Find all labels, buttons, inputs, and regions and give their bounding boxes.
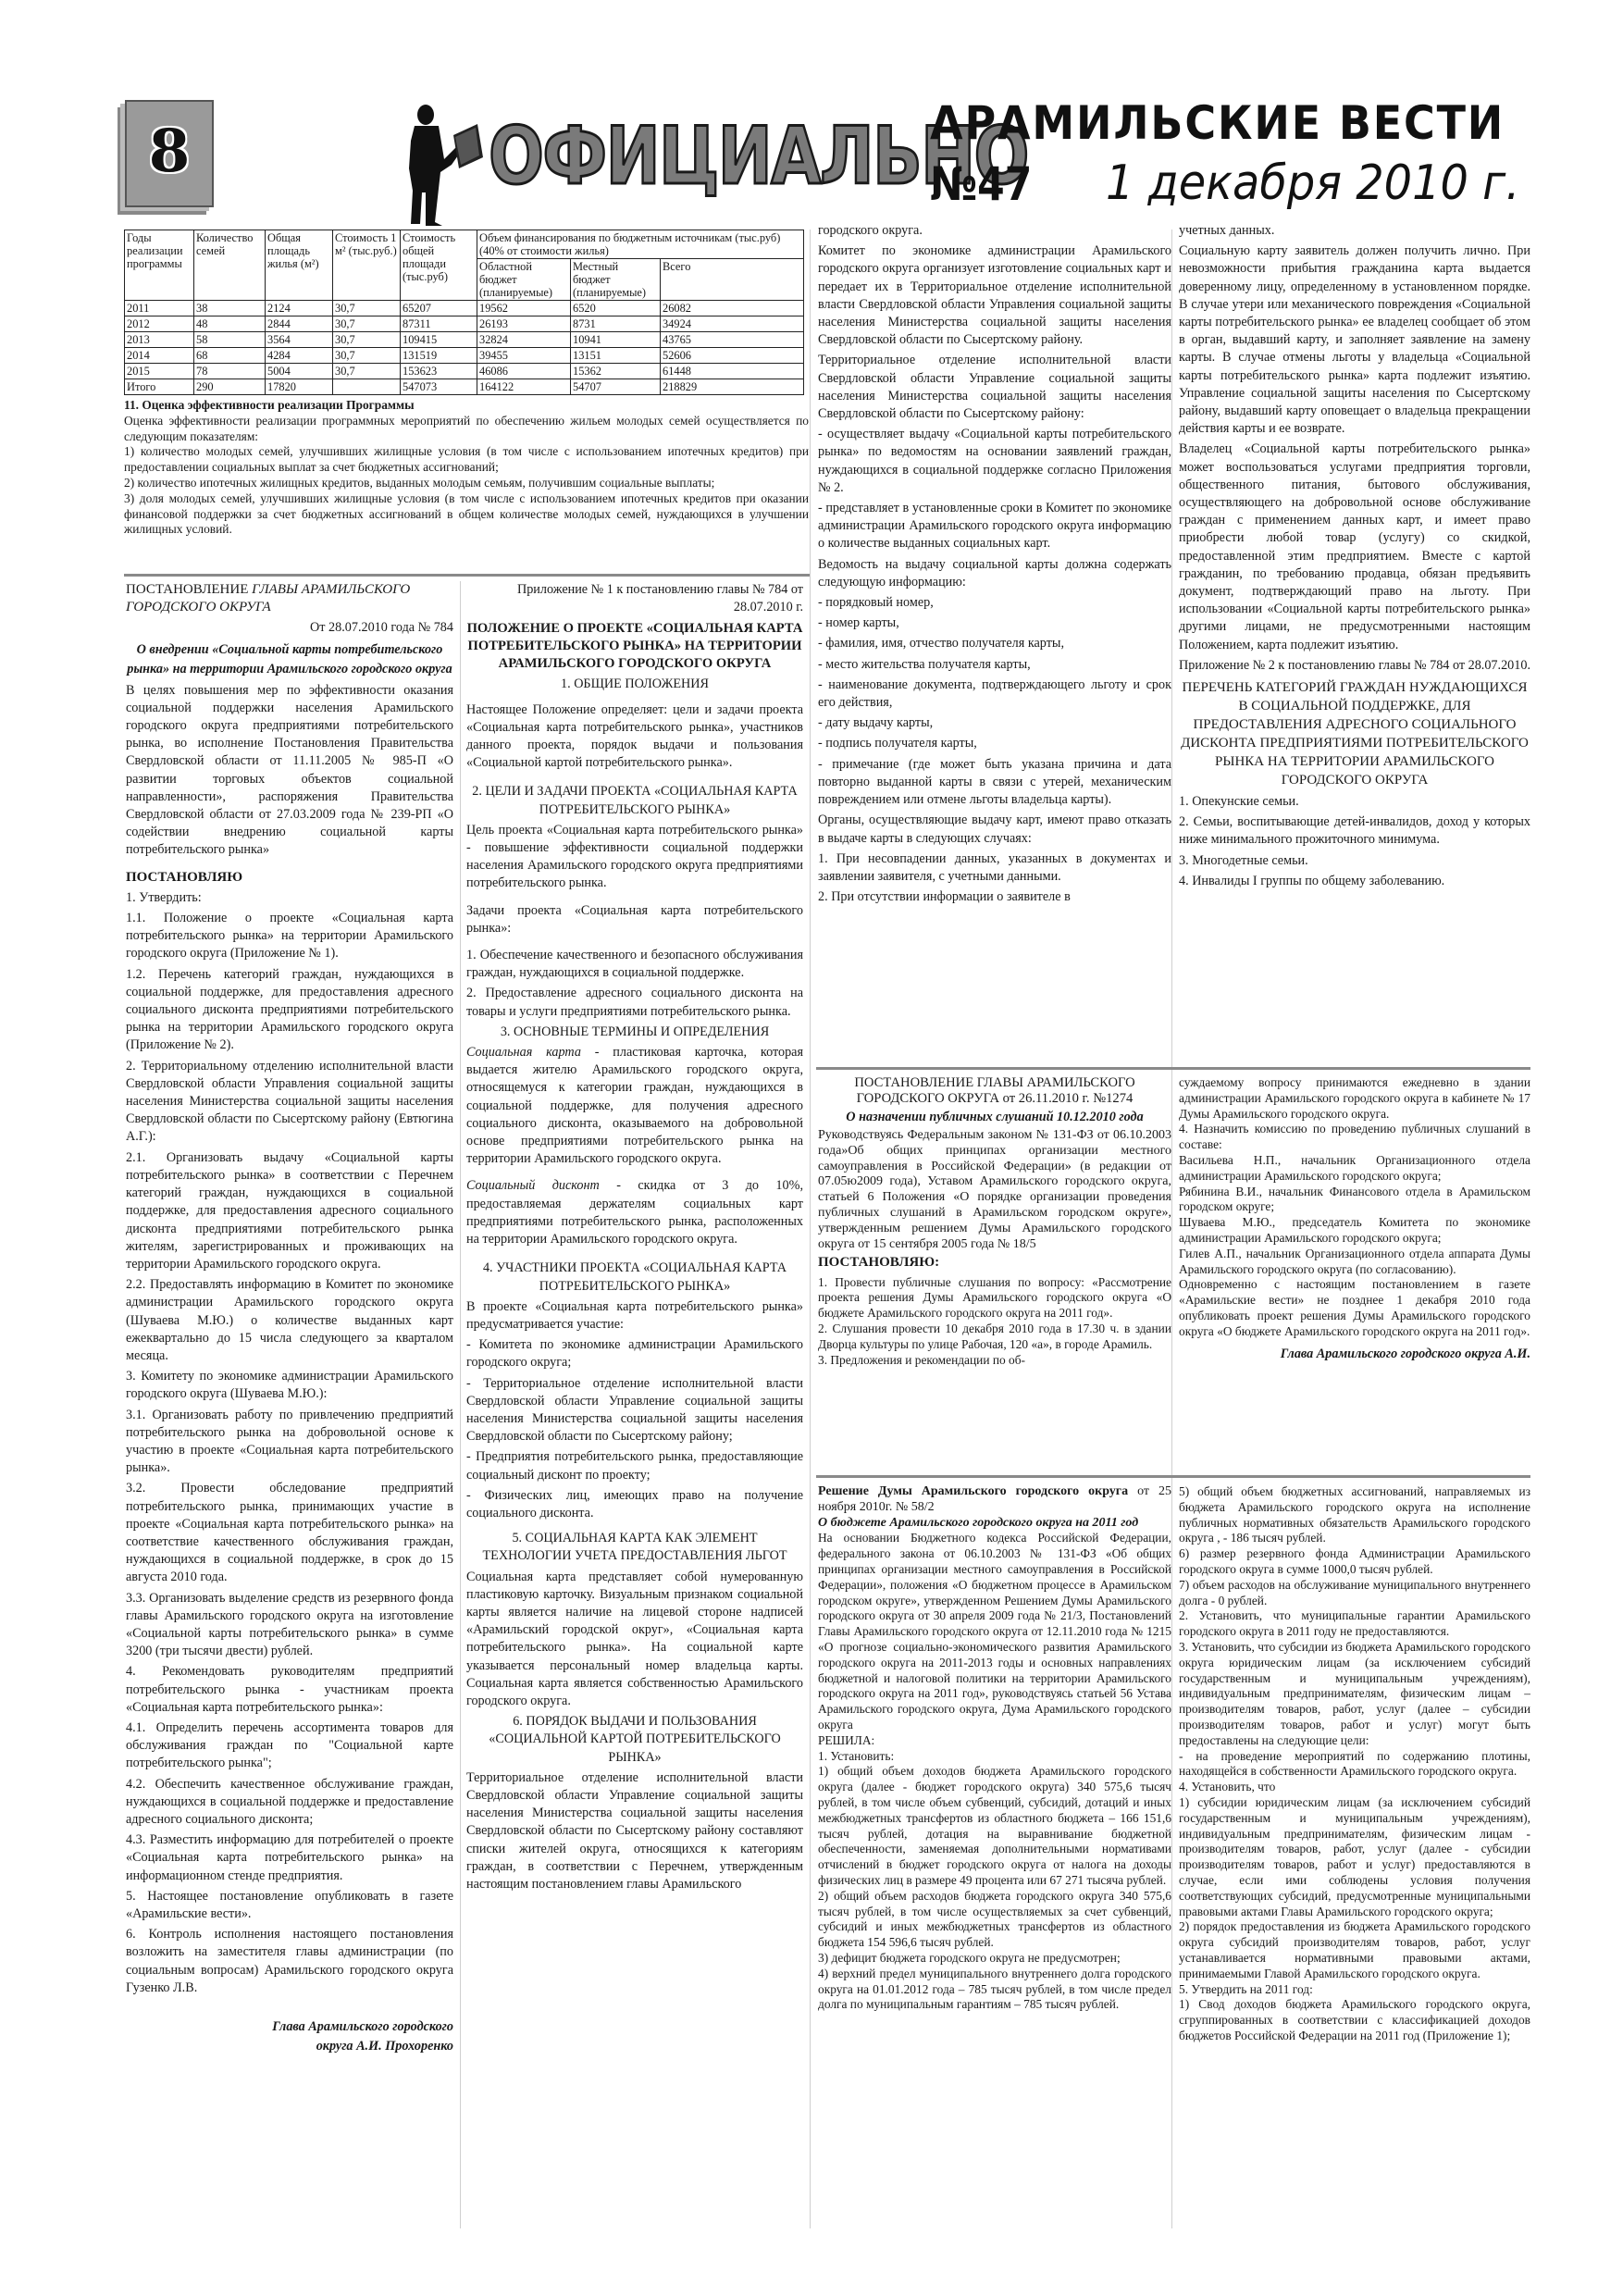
appendix-1-note: Приложение № 1 к постановлению главы № 7… <box>466 581 803 616</box>
th-years: Годы реализации программы <box>125 230 194 301</box>
appendix-paragraph: - место жительства получателя карты, <box>818 656 1171 674</box>
appendix-paragraph: - фамилия, имя, отчество получателя карт… <box>818 635 1171 652</box>
appendix-paragraph: городского округа. <box>818 222 1171 240</box>
category-item: 1. Опекунские семьи. <box>1179 793 1530 811</box>
table-cell: 30,7 <box>333 332 401 348</box>
budget-paragraph: 4) верхний предел муниципального внутрен… <box>818 1967 1171 2013</box>
table-cell: 26193 <box>477 316 571 332</box>
section-5-title: 5. СОЦИАЛЬНАЯ КАРТА КАК ЭЛЕМЕНТ ТЕХНОЛОГ… <box>466 1530 803 1565</box>
decree-paragraph: 5. Настоящее постановление опубликовать … <box>126 1888 453 1923</box>
appendix-paragraph: - осуществляет выдачу «Социальной карты … <box>818 426 1171 497</box>
term-social-discount: Социальный дисконт - скидка от 3 до 10%,… <box>466 1177 803 1248</box>
appendix-1-column: Приложение № 1 к постановлению главы № 7… <box>466 581 803 1896</box>
term-definition: - пластиковая карточка, которая выдается… <box>466 1045 803 1166</box>
appendix-paragraph: - дату выдачу карты, <box>818 714 1171 732</box>
page-number-box: 8 <box>125 100 214 207</box>
table-cell: 8731 <box>571 316 661 332</box>
appendix-paragraph: Территориальное отделение исполнительной… <box>818 352 1171 423</box>
budget-paragraphs-right: 5) общий объем бюджетных ассигнований, н… <box>1179 1484 1530 2044</box>
budget-paragraph: 6) размер резервного фонда Администрации… <box>1179 1546 1530 1578</box>
appendix-paragraph: Комитет по экономике администрации Арами… <box>818 242 1171 349</box>
table-cell: 68 <box>194 348 266 364</box>
decree-1274-items-right: суждаемому вопросу принимаются ежедневно… <box>1179 1075 1530 1340</box>
table-cell: 6520 <box>571 301 661 316</box>
decree-1274-heading: ПОСТАНОВЛЕНИЕ ГЛАВЫ АРАМИЛЬСКОГО ГОРОДСК… <box>818 1075 1171 1107</box>
section-2-goal: Цель проекта «Социальная карта потребите… <box>466 822 803 893</box>
divider <box>124 574 811 577</box>
appendix-paragraph: - представляет в установленные сроки в К… <box>818 500 1171 553</box>
section-2-title: 2. ЦЕЛИ И ЗАДАЧИ ПРОЕКТА «СОЦИАЛЬНАЯ КАР… <box>466 783 803 818</box>
decree-paragraph: 4.3. Разместить информацию для потребите… <box>126 1831 453 1885</box>
th-cost-total: Стоимость общей площади (тыс.руб) <box>401 230 477 301</box>
term-label: Социальный дисконт <box>466 1178 600 1193</box>
table-row: 201578500430,7153623460861536261448 <box>125 364 804 379</box>
section-4-intro: В проекте «Социальная карта потребительс… <box>466 1298 803 1334</box>
appendix-1-continued-left: городского округа.Комитет по экономике а… <box>818 222 1171 909</box>
budget-paragraph: 5) общий объем бюджетных ассигнований, н… <box>1179 1484 1530 1546</box>
decree-paragraph: 6. Контроль исполнения настоящего постан… <box>126 1926 453 1997</box>
decree-1274-item: Рябинина В.И., начальник Финансового отд… <box>1179 1185 1530 1216</box>
table-cell: 54707 <box>571 379 661 395</box>
section-6-text: Территориальное отделение исполнительной… <box>466 1769 803 1893</box>
col3-paragraphs: городского округа.Комитет по экономике а… <box>818 222 1171 906</box>
section-4-item: - Физических лиц, имеющих право на получ… <box>466 1487 803 1522</box>
table-cell: 26082 <box>661 301 804 316</box>
decree-1274-item: суждаемому вопросу принимаются ежедневно… <box>1179 1075 1530 1122</box>
table-cell <box>333 379 401 395</box>
decree-784-paragraphs: 1. Утвердить:1.1. Положение о проекте «С… <box>126 889 453 1997</box>
budget-paragraph: 5. Утвердить на 2011 год: <box>1179 1982 1530 1998</box>
appendix-paragraph: - подпись получателя карты, <box>818 735 1171 752</box>
table-cell: 58 <box>194 332 266 348</box>
budget-paragraph: 2) общий объем расходов бюджета городско… <box>818 1889 1171 1951</box>
signature-line: Глава Арамильского городского <box>126 2017 453 2037</box>
th-financing: Объем финансирования по бюджетным источн… <box>477 230 804 259</box>
budget-paragraph: - на проведение мероприятий по содержани… <box>1179 1749 1530 1781</box>
appendix-paragraph: 1. При несовпадении данных, указанных в … <box>818 850 1171 886</box>
appendix-2-title: ПЕРЕЧЕНЬ КАТЕГОРИЙ ГРАЖДАН НУЖДАЮЩИХСЯ В… <box>1179 678 1530 789</box>
signature-line: округа А.И. Прохоренко <box>126 2037 453 2056</box>
decree-paragraph: 1.2. Перечень категорий граждан, нуждающ… <box>126 966 453 1055</box>
decree-1274-subject: О назначении публичных слушаний 10.12.20… <box>818 1110 1171 1125</box>
decree-paragraph: 3.3. Организовать выделение средств из р… <box>126 1590 453 1661</box>
budget-paragraph: РЕШИЛА: <box>818 1733 1171 1749</box>
efficiency-item: 1) количество молодых семей, улучшивших … <box>124 444 809 476</box>
term-label: Социальная карта <box>466 1045 581 1060</box>
reading-man-icon <box>398 104 500 229</box>
budget-paragraph: 1) Свод доходов бюджета Арамильского гор… <box>1179 1997 1530 2043</box>
appendix-1-title: ПОЛОЖЕНИЕ О ПРОЕКТЕ «СОЦИАЛЬНАЯ КАРТА ПО… <box>466 620 803 673</box>
table-cell: 164122 <box>477 379 571 395</box>
table-cell: 547073 <box>401 379 477 395</box>
table-row: 201248284430,78731126193873134924 <box>125 316 804 332</box>
section-6-title: 6. ПОРЯДОК ВЫДАЧИ И ПОЛЬЗОВАНИЯ «СОЦИАЛЬ… <box>466 1713 803 1767</box>
decree-paragraph: 4.2. Обеспечить качественное обслуживани… <box>126 1776 453 1830</box>
decree-paragraph: 4.1. Определить перечень ассортимента то… <box>126 1719 453 1773</box>
efficiency-intro: Оценка эффективности реализации программ… <box>124 414 809 445</box>
table-cell: 48 <box>194 316 266 332</box>
budget-paragraph: 1. Установить: <box>818 1749 1171 1765</box>
budget-paragraph: 2. Установить, что муниципальные гаранти… <box>1179 1608 1530 1640</box>
decree-1274-item: Одновременно с настоящим постановлением … <box>1179 1277 1530 1339</box>
category-item: 2. Семьи, воспитывающие детей-инвалидов,… <box>1179 813 1530 849</box>
table-cell: 4284 <box>266 348 333 364</box>
decree-1274-item: Шуваева М.Ю., председатель Комитета по э… <box>1179 1215 1530 1247</box>
section-2-tasks-intro: Задачи проекта «Социальная карта потреби… <box>466 902 803 937</box>
table-cell: 39455 <box>477 348 571 364</box>
th-area: Общая площадь жилья (м²) <box>266 230 333 301</box>
table-cell: 65207 <box>401 301 477 316</box>
table-row: 201138212430,76520719562652026082 <box>125 301 804 316</box>
table-cell: 87311 <box>401 316 477 332</box>
section-2-task: 2. Предоставление адресного социального … <box>466 985 803 1020</box>
decree-784-heading: ПОСТАНОВЛЕНИЕ ГЛАВЫ АРАМИЛЬСКОГО ГОРОДСК… <box>126 581 453 616</box>
table-cell: 290 <box>194 379 266 395</box>
decree-1274-item: 4. Назначить комиссию по проведению публ… <box>1179 1122 1530 1153</box>
budget-paragraph: 1) общий объем доходов бюджета Арамильск… <box>818 1764 1171 1888</box>
decree-1274-items-left: 1. Провести публичные слушания по вопрос… <box>818 1275 1171 1369</box>
decree-paragraph: 1. Утвердить: <box>126 889 453 907</box>
appendix-2-note: Приложение № 2 к постановлению главы № 7… <box>1179 657 1530 675</box>
issue-number: №47 <box>930 157 1032 211</box>
decree-1274-preamble: Руководствуясь Федеральным законом № 131… <box>818 1128 1171 1252</box>
category-item: 3. Многодетные семьи. <box>1179 852 1530 870</box>
decree-1274-signature: Глава Арамильского городского округа А.И… <box>1179 1346 1530 1363</box>
appendix-paragraph: - порядковый номер, <box>818 594 1171 612</box>
efficiency-section: 11. Оценка эффективности реализации Прог… <box>124 398 809 538</box>
section-3-title: 3. ОСНОВНЫЕ ТЕРМИНЫ И ОПРЕДЕЛЕНИЯ <box>466 1024 803 1041</box>
decree-paragraph: 3. Комитету по экономике администрации А… <box>126 1368 453 1403</box>
column-rule <box>810 230 811 2228</box>
decree-1274-left: ПОСТАНОВЛЕНИЕ ГЛАВЫ АРАМИЛЬСКОГО ГОРОДСК… <box>818 1075 1171 1368</box>
budget-paragraph: 3. Установить, что субсидии из бюджета А… <box>1179 1640 1530 1749</box>
table-cell: 17820 <box>266 379 333 395</box>
decree-784-preamble: В целях повышения мер по эффективности о… <box>126 682 453 860</box>
th-cost-m2: Стоимость 1 м² (тыс.руб.) <box>333 230 401 301</box>
table-cell: Итого <box>125 379 194 395</box>
table-cell: 109415 <box>401 332 477 348</box>
decree-1274-item: 1. Провести публичные слушания по вопрос… <box>818 1275 1171 1322</box>
decree-paragraph: 2. Территориальному отделению исполнител… <box>126 1058 453 1147</box>
appendix-paragraph: Владелец «Социальной карты потребительск… <box>1179 441 1530 653</box>
appendix-paragraph: - номер карты, <box>818 614 1171 632</box>
table-cell: 2015 <box>125 364 194 379</box>
section-5-text: Социальная карта представляет собой нуме… <box>466 1569 803 1711</box>
table-cell: 3564 <box>266 332 333 348</box>
heading-plain: ПОСТАНОВЛЕНИЕ <box>126 582 252 597</box>
table-cell: 61448 <box>661 364 804 379</box>
section-4-item: - Территориальное отделение исполнительн… <box>466 1375 803 1446</box>
category-item: 4. Инвалиды I группы по общему заболеван… <box>1179 873 1530 890</box>
column-rule <box>460 581 461 2228</box>
table-cell: 10941 <box>571 332 661 348</box>
section-4-item: - Комитета по экономике администрации Ар… <box>466 1336 803 1371</box>
section-2-task: 1. Обеспечение качественного и безопасно… <box>466 947 803 982</box>
budget-paragraph: 4. Установить, что <box>1179 1780 1530 1795</box>
section-4-item: - Предприятия потребительского рынка, пр… <box>466 1448 803 1483</box>
table-cell: 30,7 <box>333 301 401 316</box>
table-cell: 30,7 <box>333 364 401 379</box>
th-local: Местный бюджет (планируемые) <box>571 259 661 301</box>
budget-paragraph: 2) порядок предоставления из бюджета Ара… <box>1179 1919 1530 1981</box>
decree-paragraph: 4. Рекомендовать руководителям предприят… <box>126 1663 453 1717</box>
efficiency-item: 2) количество ипотечных жилищных кредито… <box>124 476 809 491</box>
table-cell: 2844 <box>266 316 333 332</box>
table-cell: 2012 <box>125 316 194 332</box>
table-cell: 38 <box>194 301 266 316</box>
budget-paragraph: 1) субсидии юридическим лицам (за исключ… <box>1179 1795 1530 1919</box>
table-cell: 2011 <box>125 301 194 316</box>
section-1-title: 1. ОБЩИЕ ПОЛОЖЕНИЯ <box>466 676 803 693</box>
efficiency-title: 11. Оценка эффективности реализации Прог… <box>124 398 809 414</box>
newspaper-name: АРАМИЛЬСКИЕ ВЕСТИ <box>930 96 1505 150</box>
table-row: 201468428430,7131519394551315152606 <box>125 348 804 364</box>
table-cell: 34924 <box>661 316 804 332</box>
decree-784-column: ПОСТАНОВЛЕНИЕ ГЛАВЫ АРАМИЛЬСКОГО ГОРОДСК… <box>126 581 453 2059</box>
table-cell: 52606 <box>661 348 804 364</box>
efficiency-item: 3) доля молодых семей, улучшивших жилищн… <box>124 491 809 538</box>
decree-paragraph: 2.1. Организовать выдачу «Социальной кар… <box>126 1149 453 1273</box>
col4-paragraphs: учетных данных.Социальную карту заявител… <box>1179 222 1530 654</box>
decree-1274-right: суждаемому вопросу принимаются ежедневно… <box>1179 1075 1530 1366</box>
appendix-paragraph: Органы, осуществляющие выдачу карт, имею… <box>818 812 1171 847</box>
decree-paragraph: 2.2. Предоставлять информацию в Комитет … <box>126 1276 453 1365</box>
th-total: Всего <box>661 259 804 301</box>
appendix-paragraph: - примечание (где может быть указана при… <box>818 756 1171 810</box>
table-cell: 131519 <box>401 348 477 364</box>
appendix-paragraph: - наименование документа, подтверждающег… <box>818 676 1171 712</box>
table-cell: 218829 <box>661 379 804 395</box>
table-cell: 46086 <box>477 364 571 379</box>
budget-heading: Решение Думы Арамильского городского окр… <box>818 1484 1171 1516</box>
budget-heading-bold: Решение Думы Арамильского городского окр… <box>818 1484 1128 1498</box>
appendix-1-continued-right: учетных данных.Социальную карту заявител… <box>1179 222 1530 893</box>
budget-paragraphs-left: На основании Бюджетного кодекса Российск… <box>818 1531 1171 2013</box>
section-4-title: 4. УЧАСТНИКИ ПРОЕКТА «СОЦИАЛЬНАЯ КАРТА П… <box>466 1260 803 1295</box>
budget-decision-left: Решение Думы Арамильского городского окр… <box>818 1484 1171 2013</box>
program-funding-table-wrap: Годы реализации программы Количество сем… <box>124 230 818 395</box>
divider <box>816 1067 1530 1070</box>
th-families: Количество семей <box>194 230 266 301</box>
appendix-paragraph: Социальную карту заявитель должен получи… <box>1179 242 1530 438</box>
budget-paragraph: 7) объем расходов на обслуживание муници… <box>1179 1578 1530 1609</box>
column-rule <box>1171 230 1172 2228</box>
table-cell: 43765 <box>661 332 804 348</box>
decree-784-subject: О внедрении «Социальной карты потребител… <box>126 640 453 679</box>
table-header-row: Годы реализации программы Количество сем… <box>125 230 804 259</box>
th-regional: Областной бюджет (планируемые) <box>477 259 571 301</box>
table-row: Итого2901782054707316412254707218829 <box>125 379 804 395</box>
page-number: 8 <box>127 102 212 202</box>
decree-784-decree-word: ПОСТАНОВЛЯЮ <box>126 869 453 887</box>
table-cell: 2013 <box>125 332 194 348</box>
decree-paragraph: 3.2. Провести обследование предприятий п… <box>126 1480 453 1586</box>
budget-paragraph: 3) дефицит бюджета городского округа не … <box>818 1951 1171 1967</box>
table-cell: 2014 <box>125 348 194 364</box>
table-cell: 15362 <box>571 364 661 379</box>
appendix-paragraph: Ведомость на выдачу социальной карты дол… <box>818 556 1171 591</box>
budget-decision-right: 5) общий объем бюджетных ассигнований, н… <box>1179 1484 1530 2044</box>
decree-1274-item: Васильева Н.П., начальник Организационно… <box>1179 1153 1530 1185</box>
table-cell: 30,7 <box>333 348 401 364</box>
decree-1274-item: 3. Предложения и рекомендации по об- <box>818 1353 1171 1369</box>
appendix-paragraph: учетных данных. <box>1179 222 1530 240</box>
term-social-card: Социальная карта - пластиковая карточка,… <box>466 1044 803 1168</box>
table-cell: 2124 <box>266 301 333 316</box>
table-cell: 5004 <box>266 364 333 379</box>
table-cell: 13151 <box>571 348 661 364</box>
table-cell: 32824 <box>477 332 571 348</box>
budget-paragraph: На основании Бюджетного кодекса Российск… <box>818 1531 1171 1732</box>
decree-784-date: От 28.07.2010 года № 784 <box>126 619 453 637</box>
appendix-paragraph: 2. При отсутствии информации о заявителе… <box>818 888 1171 906</box>
decree-paragraph: 1.1. Положение о проекте «Социальная кар… <box>126 910 453 963</box>
table-cell: 30,7 <box>333 316 401 332</box>
table-cell: 78 <box>194 364 266 379</box>
decree-1274-item: 2. Слушания провести 10 декабря 2010 год… <box>818 1322 1171 1353</box>
issue-date: 1 декабря 2010 г. <box>1106 155 1520 211</box>
table-cell: 19562 <box>477 301 571 316</box>
budget-subject: О бюджете Арамильского городского округа… <box>818 1516 1171 1532</box>
decree-1274-item: Гилев А.П., начальник Организационного о… <box>1179 1247 1530 1278</box>
table-cell: 153623 <box>401 364 477 379</box>
signature: Глава Арамильского городского округа А.И… <box>126 2017 453 2056</box>
decree-1274-decree-word: ПОСТАНОВЛЯЮ: <box>818 1254 1171 1272</box>
program-funding-table: Годы реализации программы Количество сем… <box>124 230 804 395</box>
section-1-text: Настоящее Положение определяет: цели и з… <box>466 701 803 773</box>
decree-paragraph: 3.1. Организовать работу по привлечению … <box>126 1407 453 1478</box>
divider <box>816 1475 1530 1478</box>
table-row: 201358356430,7109415328241094143765 <box>125 332 804 348</box>
